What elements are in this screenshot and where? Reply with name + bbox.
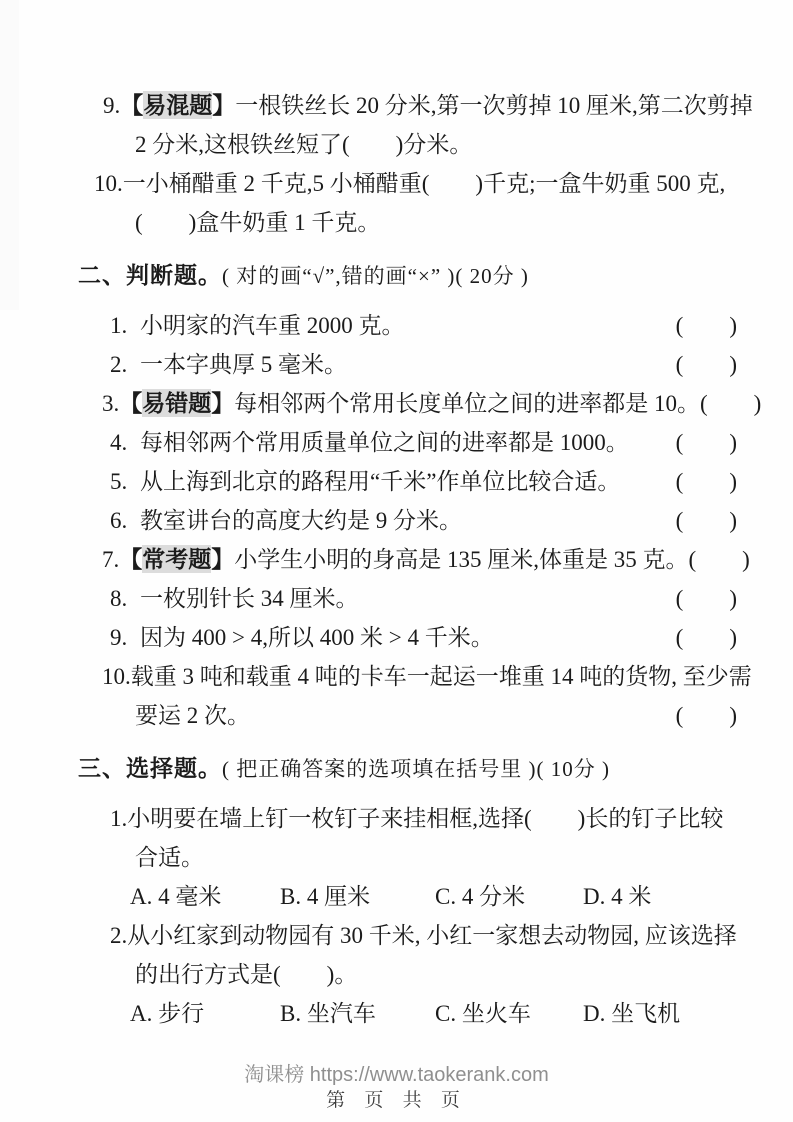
question-text: 教室讲台的高度大约是 9 分米。 (140, 508, 462, 533)
tag-label: 易错题 (142, 389, 211, 417)
question-text: 小学生小明的身高是 135 厘米,体重是 35 克。 (234, 547, 688, 572)
question-text: 一枚别针长 34 厘米。 (140, 586, 359, 611)
question-number: 1. (110, 806, 127, 831)
judgment-item-2: 2.一本字典厚 5 毫米。 ( ) (110, 345, 737, 384)
answer-blank: ( ) (676, 579, 737, 618)
question-number: 4. (110, 423, 140, 462)
answer-blank: ( ) (676, 306, 737, 345)
choice-question-2-options: A. 步行 B. 坐汽车 C. 坐火车 D. 坐飞机 (130, 994, 737, 1033)
option-c: C. 4 分米 (435, 877, 583, 916)
option-d: D. 4 米 (583, 877, 651, 916)
question-tag-frequently-tested: 【常考题】 (119, 545, 234, 573)
question-text: 从小红家到动物园有 30 千米, 小红一家想去动物园, 应该选择 (127, 923, 737, 948)
question-number: 9. (110, 618, 140, 657)
judgment-item-4: 4.每相邻两个常用质量单位之间的进率都是 1000。 ( ) (110, 423, 737, 462)
question-text: 一本字典厚 5 毫米。 (140, 352, 347, 377)
judgment-item-9: 9.因为 400 > 4,所以 400 米 > 4 千米。 ( ) (110, 618, 737, 657)
judgment-item-1: 1.小明家的汽车重 2000 克。 ( ) (110, 306, 737, 345)
question-text: 小明要在墙上钉一枚钉子来挂相框,选择( )长的钉子比较 (127, 806, 723, 831)
choice-question-2-line2: 的出行方式是( )。 (135, 955, 737, 994)
tag-close-bracket: 】 (211, 546, 234, 572)
choice-question-1-line2: 合适。 (135, 838, 737, 877)
section-3-subtitle: ( 把正确答案的选项填在括号里 )( 10分 ) (222, 757, 610, 781)
answer-blank: ( ) (689, 540, 750, 579)
judgment-item-3: 3.【易错题】每相邻两个常用长度单位之间的进率都是 10。 ( ) (102, 384, 737, 423)
choice-question-1-options: A. 4 毫米 B. 4 厘米 C. 4 分米 D. 4 米 (130, 877, 737, 916)
question-number: 10. (102, 664, 131, 689)
question-number: 7. (102, 547, 119, 572)
question-text: 一根铁丝长 20 分米,第一次剪掉 10 厘米,第二次剪掉 (235, 93, 753, 118)
fill-blank-question-10-line2: ( )盒牛奶重 1 千克。 (135, 203, 737, 242)
tag-open-bracket: 【 (119, 390, 142, 416)
scan-shading (0, 0, 19, 310)
question-text: 载重 3 吨和载重 4 吨的卡车一起运一堆重 14 吨的货物, 至少需 (131, 664, 752, 689)
tag-label: 常考题 (142, 545, 211, 573)
footer-page-number: 第 页 共 页 (0, 1089, 793, 1113)
tag-close-bracket: 】 (212, 92, 235, 118)
question-number: 8. (110, 579, 140, 618)
section-2-header: 二、判断题。( 对的画“√”,错的画“×” )( 20分 ) (78, 256, 737, 296)
choice-question-2: 2.从小红家到动物园有 30 千米, 小红一家想去动物园, 应该选择 (110, 916, 737, 955)
question-number: 3. (102, 391, 119, 416)
tag-open-bracket: 【 (119, 546, 142, 572)
exam-content: 9.【易混题】一根铁丝长 20 分米,第一次剪掉 10 厘米,第二次剪掉 2 分… (78, 86, 737, 1033)
judgment-item-10-line2: 要运 2 次。 ( ) (78, 696, 737, 735)
answer-blank: ( ) (676, 345, 737, 384)
tag-label: 易混题 (143, 91, 212, 119)
fill-blank-question-9-line2: 2 分米,这根铁丝短了( )分米。 (135, 125, 737, 164)
tag-open-bracket: 【 (120, 92, 143, 118)
judgment-item-6: 6.教室讲台的高度大约是 9 分米。 ( ) (110, 501, 737, 540)
option-b: B. 坐汽车 (280, 994, 435, 1033)
question-number: 2. (110, 923, 127, 948)
fill-blank-question-9: 9.【易混题】一根铁丝长 20 分米,第一次剪掉 10 厘米,第二次剪掉 (103, 86, 737, 125)
choice-question-1: 1.小明要在墙上钉一枚钉子来挂相框,选择( )长的钉子比较 (110, 799, 737, 838)
section-3-header: 三、选择题。( 把正确答案的选项填在括号里 )( 10分 ) (78, 749, 737, 789)
question-text: 小明家的汽车重 2000 克。 (140, 313, 405, 338)
exam-paper-page: 9.【易混题】一根铁丝长 20 分米,第一次剪掉 10 厘米,第二次剪掉 2 分… (0, 0, 793, 1122)
option-a: A. 步行 (130, 994, 280, 1033)
question-text: 从上海到北京的路程用“千米”作单位比较合适。 (140, 469, 620, 494)
answer-blank: ( ) (676, 696, 737, 735)
question-text: 一小桶醋重 2 千克,5 小桶醋重( )千克;一盒牛奶重 500 克, (123, 171, 725, 196)
judgment-item-10: 10.载重 3 吨和载重 4 吨的卡车一起运一堆重 14 吨的货物, 至少需 (102, 657, 737, 696)
option-c: C. 坐火车 (435, 994, 583, 1033)
section-2-title: 二、判断题。 (78, 262, 222, 288)
option-d: D. 坐飞机 (583, 994, 680, 1033)
tag-close-bracket: 】 (211, 390, 234, 416)
answer-blank: ( ) (676, 462, 737, 501)
question-number: 2. (110, 345, 140, 384)
footer-watermark-url: 淘课榜 https://www.taokerank.com (0, 1063, 793, 1087)
answer-blank: ( ) (700, 384, 761, 423)
question-tag-error-prone: 【易错题】 (119, 389, 234, 417)
judgment-item-8: 8.一枚别针长 34 厘米。 ( ) (110, 579, 737, 618)
question-number: 5. (110, 462, 140, 501)
question-number: 1. (110, 306, 140, 345)
question-number: 10. (94, 171, 123, 196)
answer-blank: ( ) (676, 423, 737, 462)
option-b: B. 4 厘米 (280, 877, 435, 916)
fill-blank-question-10: 10.一小桶醋重 2 千克,5 小桶醋重( )千克;一盒牛奶重 500 克, (94, 164, 737, 203)
question-number: 6. (110, 501, 140, 540)
option-a: A. 4 毫米 (130, 877, 280, 916)
section-2-subtitle: ( 对的画“√”,错的画“×” )( 20分 ) (222, 264, 529, 288)
question-number: 9. (103, 93, 120, 118)
question-text: 每相邻两个常用长度单位之间的进率都是 10。 (234, 391, 700, 416)
answer-blank: ( ) (676, 501, 737, 540)
section-3-title: 三、选择题。 (78, 755, 222, 781)
judgment-item-5: 5.从上海到北京的路程用“千米”作单位比较合适。 ( ) (110, 462, 737, 501)
judgment-item-7: 7.【常考题】小学生小明的身高是 135 厘米,体重是 35 克。 ( ) (102, 540, 737, 579)
answer-blank: ( ) (676, 618, 737, 657)
question-tag-easily-confused: 【易混题】 (120, 91, 235, 119)
question-text: 要运 2 次。 (135, 696, 250, 735)
question-text: 因为 400 > 4,所以 400 米 > 4 千米。 (140, 625, 494, 650)
question-text: 每相邻两个常用质量单位之间的进率都是 1000。 (140, 430, 629, 455)
